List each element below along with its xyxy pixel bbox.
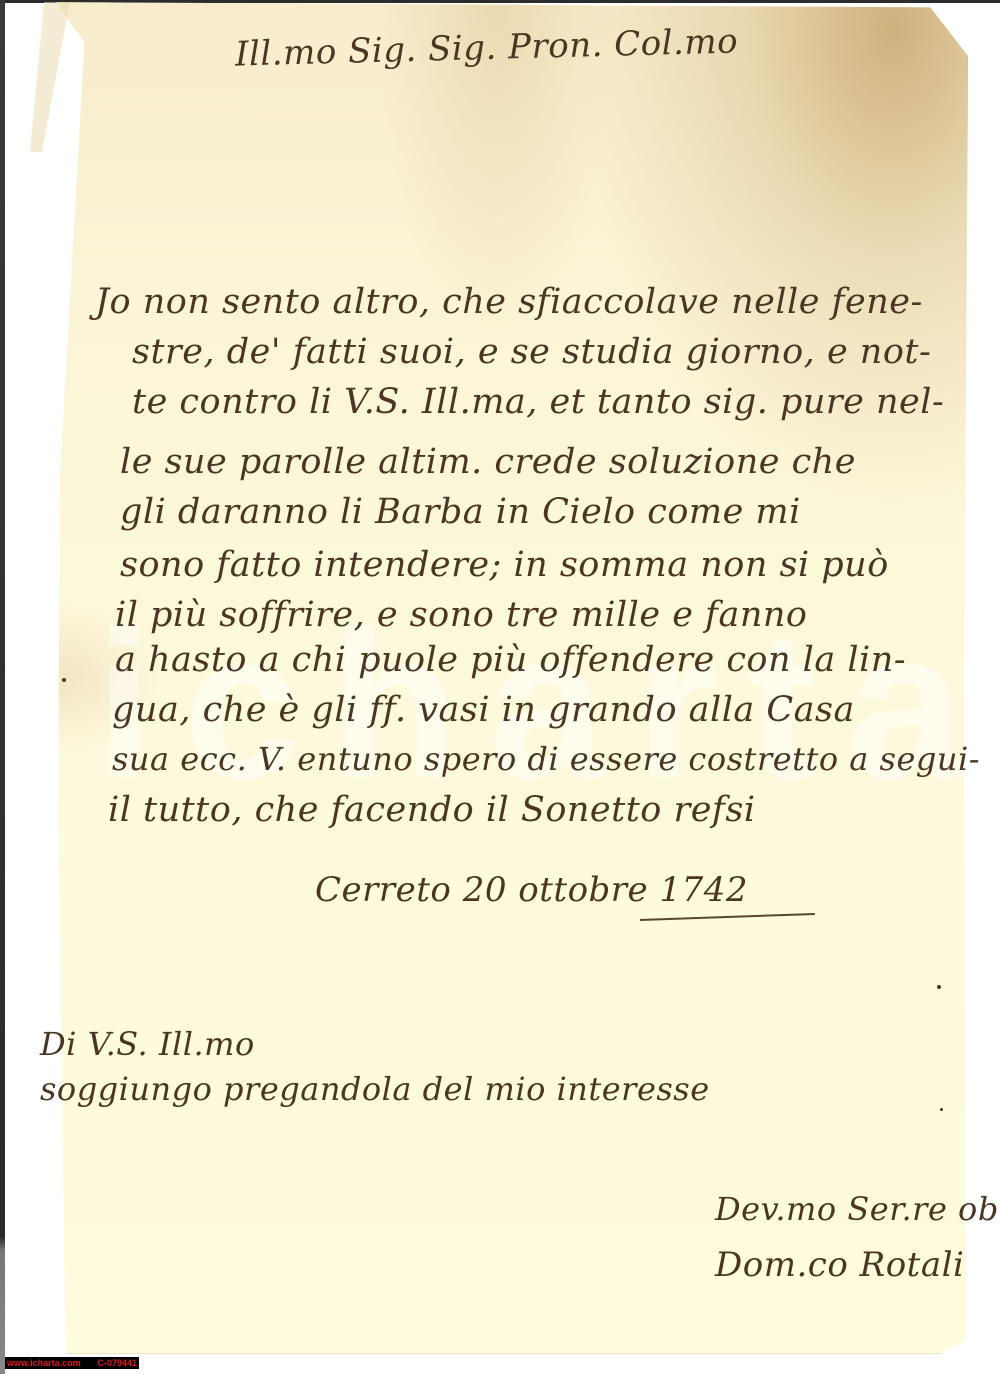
body-line-3: te contro li V.S. Ill.ma, et tanto sig. … (132, 382, 944, 422)
postscript-line-1: Di V.S. Ill.mo (40, 1025, 255, 1063)
ink-speck (937, 985, 941, 989)
top-border (0, 0, 1000, 3)
postscript-line-2: soggiungo pregandola del mio interesse (40, 1070, 710, 1108)
body-line-1: Jo non sento altro, che sfiaccolave nell… (95, 282, 923, 322)
body-line-4: le sue parolle altim. crede soluzione ch… (120, 442, 856, 482)
item-code: C-079441 (97, 1357, 137, 1369)
signature: Dom.co Rotali (715, 1245, 964, 1285)
body-line-5: gli daranno li Barba in Cielo come mi (120, 492, 801, 532)
document-scan: icharta Ill.mo Sig. Sig. Pron. Col.mo Jo… (0, 0, 1000, 1374)
paper-fold (30, 2, 70, 152)
closing-line-1: Dev.mo Ser.re obl.mo (715, 1190, 1000, 1228)
body-line-10: sua ecc. V. entuno spero di essere costr… (112, 740, 980, 778)
body-line-7: il più soffrire, e sono tre mille e fann… (115, 595, 808, 635)
left-border (0, 0, 5, 1374)
body-line-9: gua, che è gli ff. vasi in grando alla C… (112, 690, 855, 730)
website-link[interactable]: www.icharta.com (7, 1357, 81, 1369)
body-line-8: a hasto a chi puole più offendere con la… (115, 640, 906, 680)
dateline: Cerreto 20 ottobre 1742 (315, 870, 748, 910)
ink-speck (62, 678, 66, 682)
ink-speck (940, 1108, 943, 1111)
footer-bar: www.icharta.com C-079441 (5, 1357, 139, 1369)
body-line-2: stre, de' fatti suoi, e se studia giorno… (132, 332, 931, 372)
body-line-6: sono fatto intendere; in somma non si pu… (120, 545, 889, 585)
body-line-11: il tutto, che facendo il Sonetto refsi (108, 790, 756, 830)
